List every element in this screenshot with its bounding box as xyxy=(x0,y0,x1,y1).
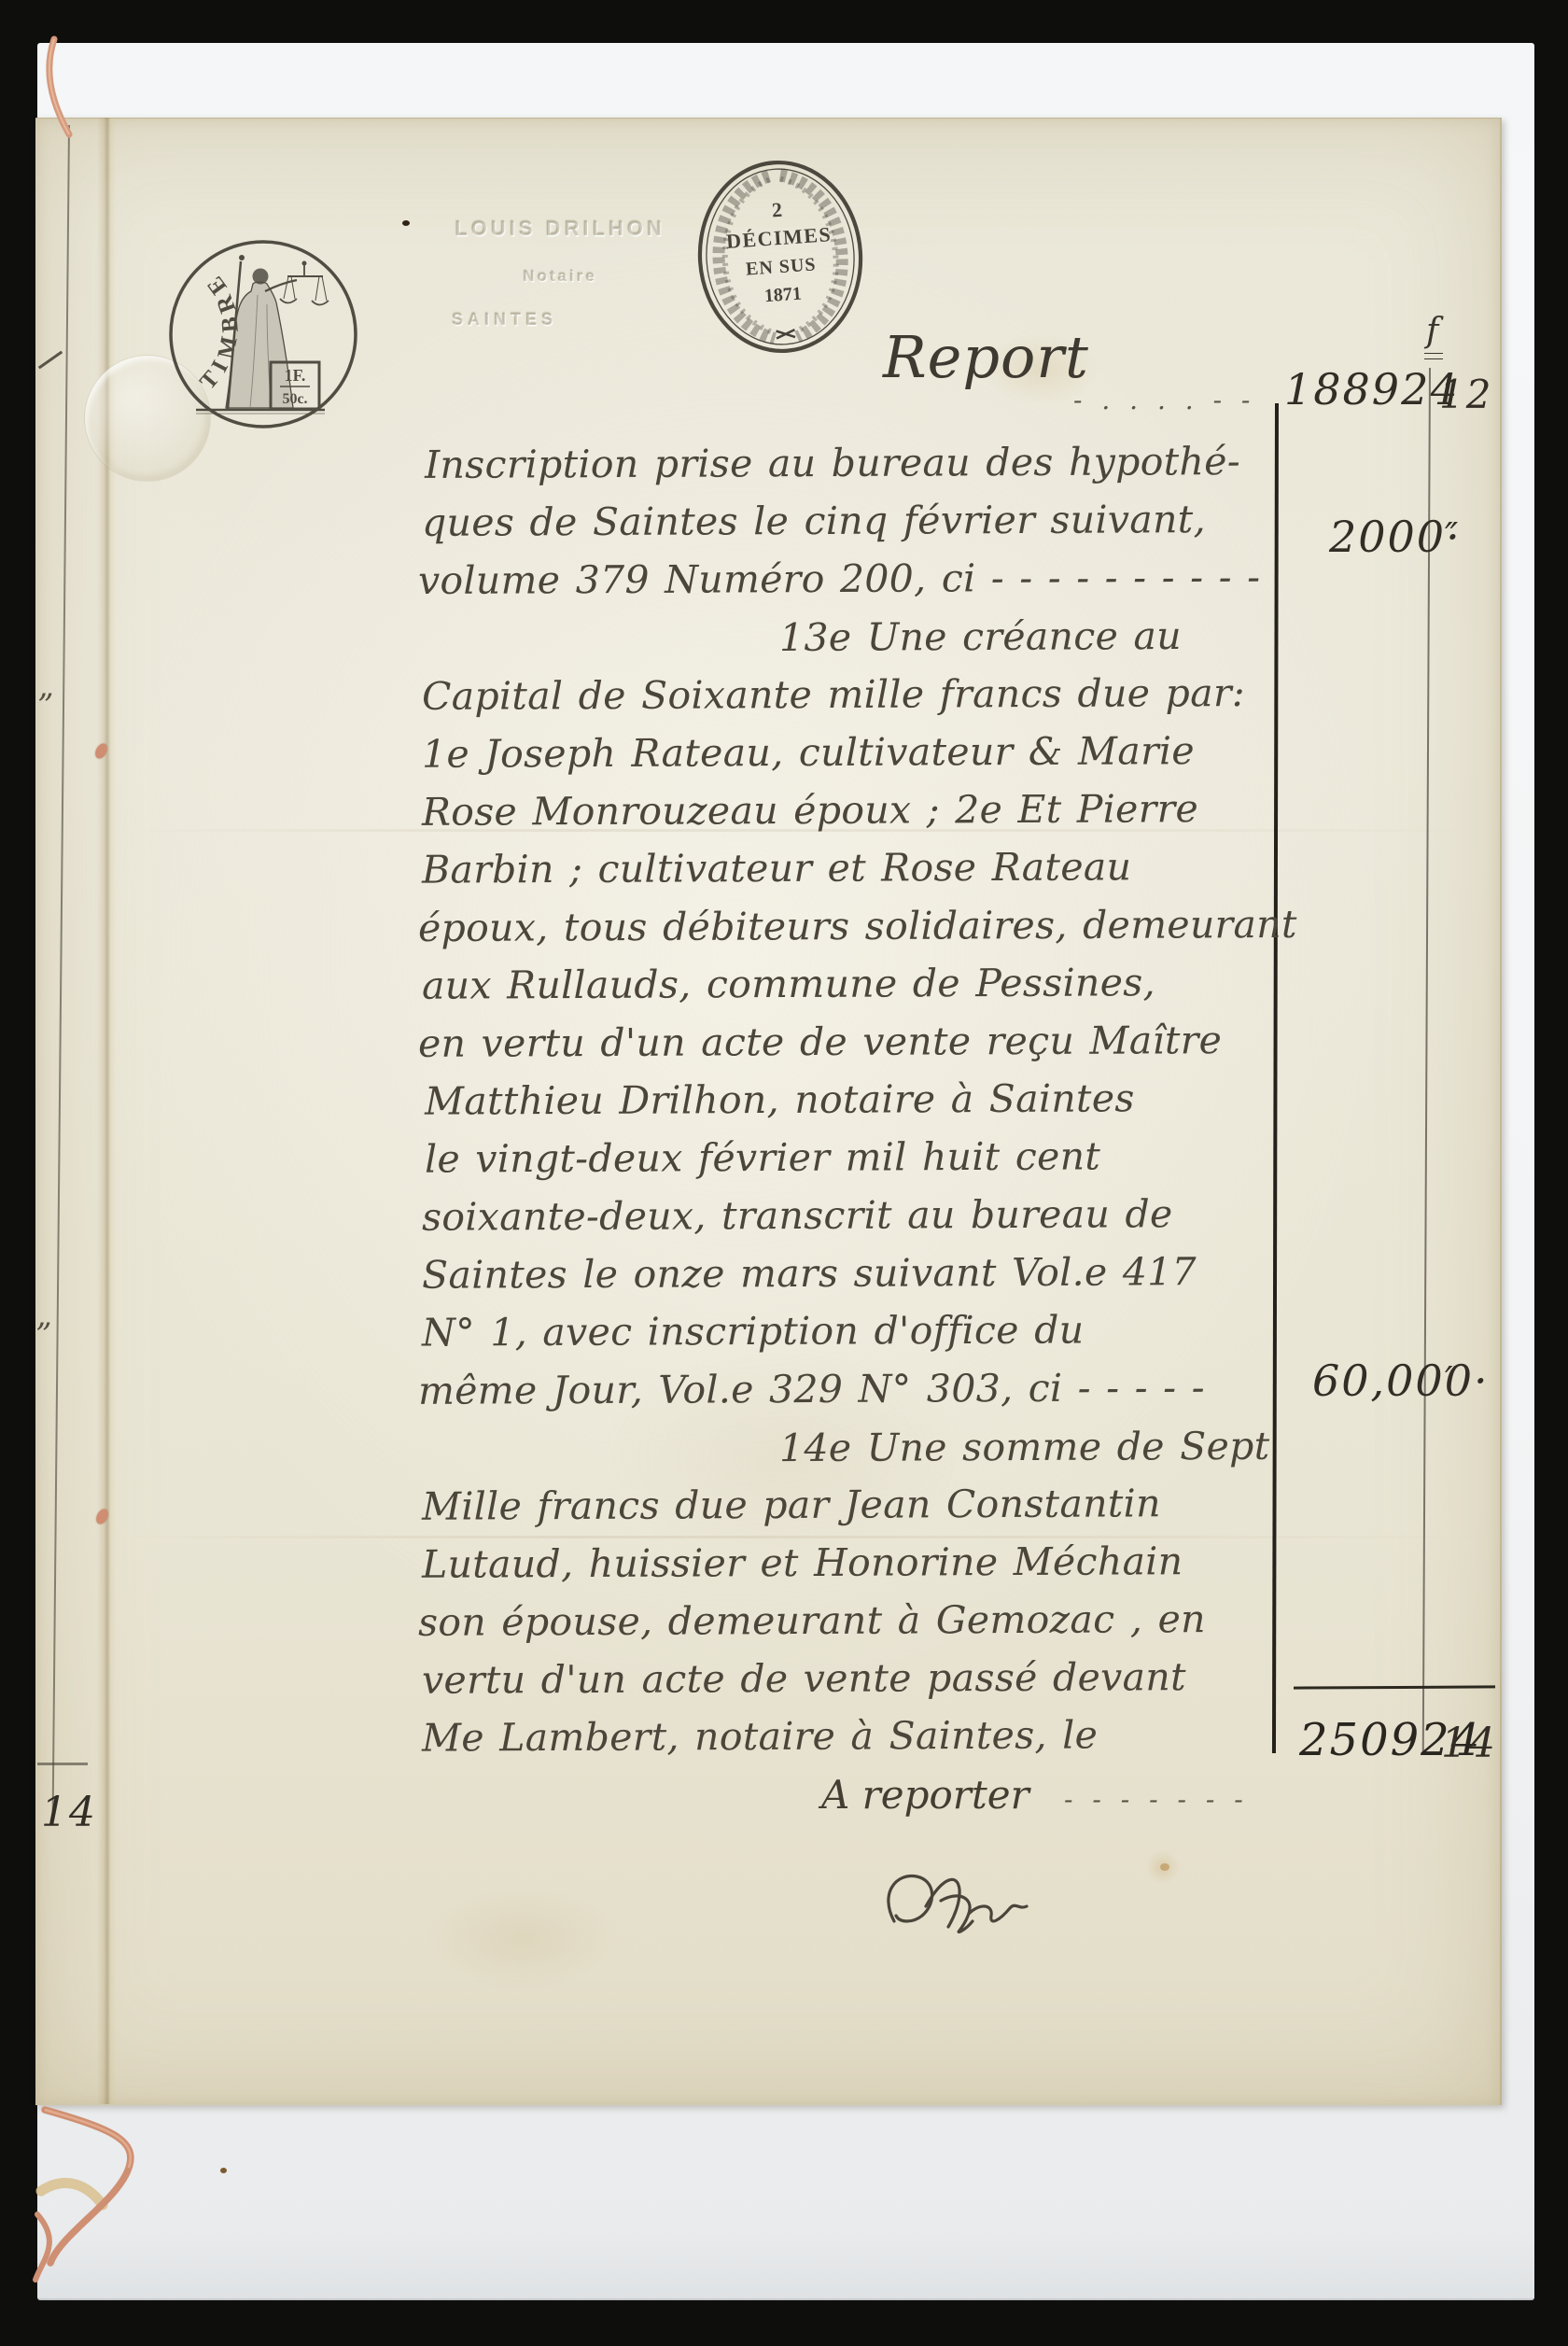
amount-60000-cents-ditto: ″ xyxy=(1445,1359,1460,1400)
carry-dash-fill: - - - - - - - xyxy=(1064,1784,1249,1815)
decimes-number: 2 xyxy=(771,198,783,222)
carry-forward-label: A reporter xyxy=(821,1772,1029,1818)
manuscript-line: 13e Une créance au xyxy=(779,613,1182,660)
paper-speck xyxy=(220,2168,227,2173)
decimes-tax-stamp: 2 DÉCIMES EN SUS 1871 xyxy=(693,155,868,358)
report-amount: 188924 xyxy=(1284,364,1460,414)
manuscript-line: Capital de Soixante mille francs due par… xyxy=(422,670,1245,719)
left-page-total: 14 xyxy=(41,1789,97,1836)
signature-paraph xyxy=(868,1848,1092,1970)
manuscript-line: son épouse, demeurant à Gemozac , en xyxy=(418,1596,1206,1645)
manuscript-line: Mille francs due par Jean Constantin xyxy=(422,1481,1161,1528)
amount-60000: 60,000· xyxy=(1312,1356,1490,1406)
timbre-fiscal-stamp: TIMBRE 1F. 50c. xyxy=(164,230,362,439)
foxing-spot xyxy=(1160,1863,1169,1871)
manuscript-line: Me Lambert, notaire à Saintes, le xyxy=(422,1712,1098,1760)
ink-speck xyxy=(402,220,410,226)
manuscript-line: même Jour, Vol.e 329 N° 303, ci - - - - … xyxy=(418,1365,1205,1413)
decimes-en-sus: EN SUS xyxy=(745,254,817,279)
report-heading: Report xyxy=(883,323,1089,391)
manuscript-line: Matthieu Drilhon, notaire à Saintes xyxy=(425,1075,1135,1123)
manuscript-line: soixante-deux, transcrit au bureau de xyxy=(422,1191,1173,1240)
carry-total-cents: 14 xyxy=(1441,1720,1497,1767)
binding-thread-top xyxy=(26,37,110,159)
left-page-writing-fragment: ” xyxy=(35,1316,51,1354)
manuscript-line: Inscription prise au bureau des hypothé- xyxy=(425,439,1240,487)
manuscript-line: Lutaud, huissier et Honorine Méchain xyxy=(422,1538,1183,1587)
manuscript-line: époux, tous débiteurs solidaires, demeur… xyxy=(418,902,1297,950)
manuscript-line: vertu d'un acte de vente passé devant xyxy=(422,1654,1186,1703)
embossed-notary-title: Notaire xyxy=(439,267,681,286)
decimes-year: 1871 xyxy=(763,284,802,307)
manuscript-line: aux Rullauds, commune de Pessines, xyxy=(422,960,1155,1007)
scanned-document-photo: LOUIS DRILHON Notaire SAINTES TIMBRE 1F.… xyxy=(0,0,1568,2346)
left-page-writing-fragment: ” xyxy=(37,687,53,724)
amount-2000: 2000· xyxy=(1329,512,1462,562)
carry-forward-line: A reporter - - - - - - - xyxy=(821,1772,1249,1818)
manuscript-line: en vertu d'un acte de vente reçu Maître xyxy=(418,1018,1222,1066)
manuscript-line: N° 1, avec inscription d'office du xyxy=(422,1307,1085,1355)
francs-symbol-underline xyxy=(1424,353,1443,359)
manuscript-line: le vingt-deux février mil huit cent xyxy=(425,1133,1100,1181)
amount-2000-cents-ditto: ″ xyxy=(1445,515,1460,556)
report-cents: 12 xyxy=(1439,372,1492,417)
decimes-word: DÉCIMES xyxy=(725,222,833,253)
embossed-notary-city: SAINTES xyxy=(439,310,694,330)
manuscript-line: Rose Monrouzeau époux ; 2e Et Pierre xyxy=(422,786,1198,835)
manuscript-line: 14e Une somme de Sept xyxy=(779,1424,1270,1470)
paper-crease xyxy=(112,1536,1493,1538)
francs-symbol: f xyxy=(1426,312,1438,350)
embossed-notary-name: LOUIS DRILHON xyxy=(439,217,681,241)
report-dash-fill: - . . . . - - xyxy=(1073,385,1255,415)
manuscript-line: Saintes le onze mars suivant Vol.e 417 xyxy=(422,1249,1197,1298)
manuscript-line: ques de Saintes le cinq février suivant, xyxy=(422,497,1206,545)
manuscript-line: Barbin ; cultivateur et Rose Rateau xyxy=(422,844,1131,892)
manuscript-line: 1e Joseph Rateau, cultivateur & Marie xyxy=(422,728,1195,777)
manuscript-line: volume 379 Numéro 200, ci - - - - - - - … xyxy=(418,555,1261,603)
binding-thread-bottom xyxy=(34,2102,192,2298)
facing-page-total-rule xyxy=(37,1763,88,1765)
